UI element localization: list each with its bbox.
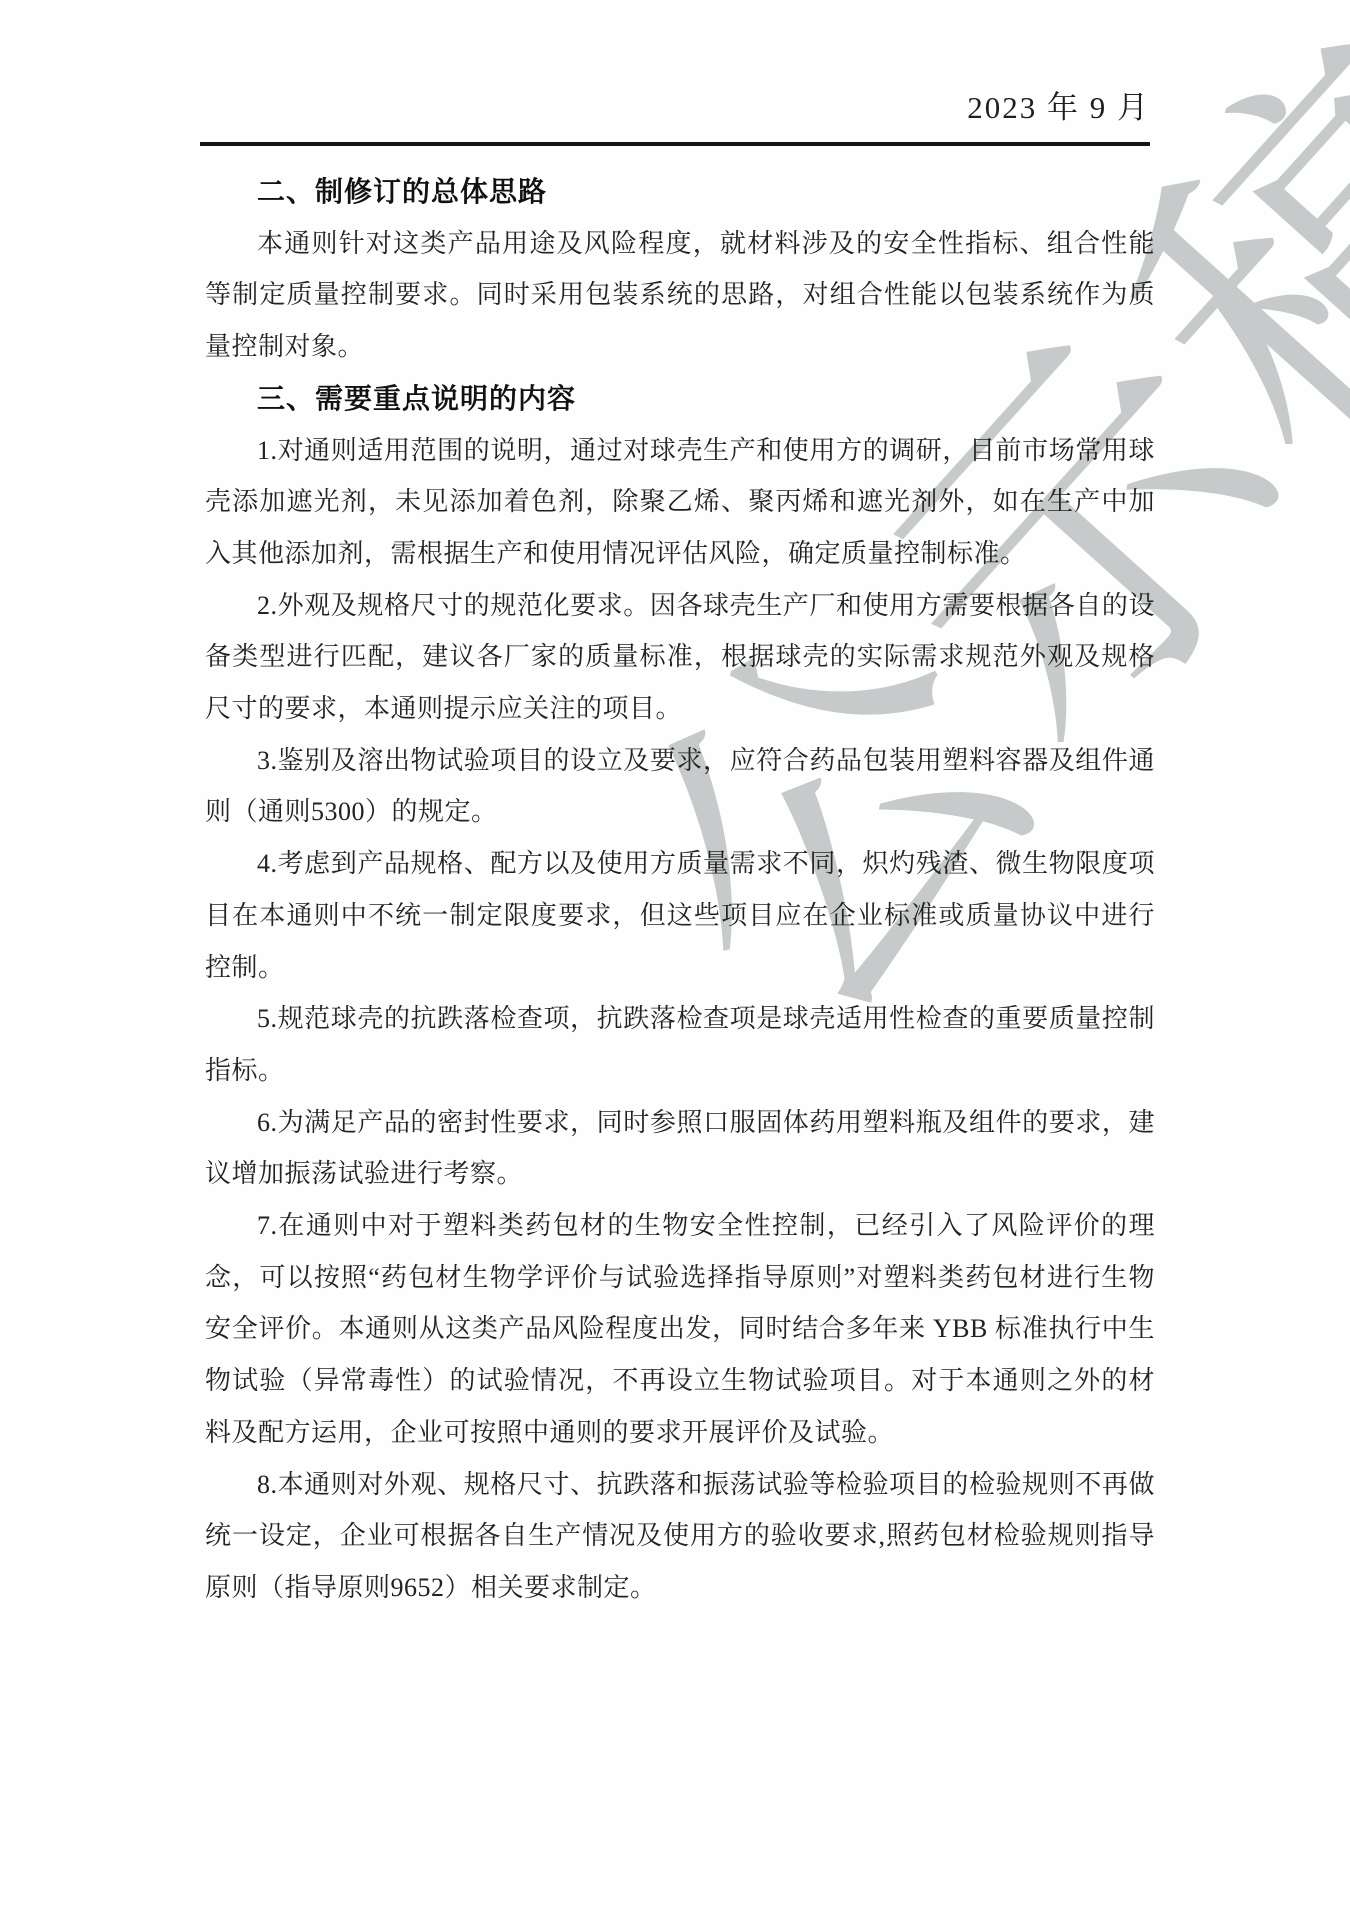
section-overall-approach: 二、制修订的总体思路 本通则针对这类产品用途及风险程度，就材料涉及的安全性指标、… xyxy=(205,166,1155,373)
paragraph: 6.为满足产品的密封性要求，同时参照口服固体药用塑料瓶及组件的要求，建议增加振荡… xyxy=(205,1097,1155,1200)
section-key-points: 三、需要重点说明的内容 1.对通则适用范围的说明，通过对球壳生产和使用方的调研，… xyxy=(205,373,1155,1614)
section-heading: 二、制修订的总体思路 xyxy=(205,166,1155,218)
paragraph: 7.在通则中对于塑料类药包材的生物安全性控制，已经引入了风险评价的理念，可以按照… xyxy=(205,1200,1155,1459)
paragraph: 4.考虑到产品规格、配方以及使用方质量需求不同，炽灼残渣、微生物限度项目在本通则… xyxy=(205,838,1155,993)
document-body: 二、制修订的总体思路 本通则针对这类产品用途及风险程度，就材料涉及的安全性指标、… xyxy=(205,166,1155,1614)
header-date: 2023 年 9 月 xyxy=(967,82,1150,127)
header-divider-line xyxy=(200,142,1150,146)
paragraph: 5.规范球壳的抗跌落检查项，抗跌落检查项是球壳适用性检查的重要质量控制指标。 xyxy=(205,993,1155,1096)
paragraph: 8.本通则对外观、规格尺寸、抗跌落和振荡试验等检验项目的检验规则不再做统一设定，… xyxy=(205,1459,1155,1614)
paragraph: 3.鉴别及溶出物试验项目的设立及要求，应符合药品包装用塑料容器及组件通则（通则5… xyxy=(205,735,1155,838)
paragraph: 2.外观及规格尺寸的规范化要求。因各球壳生产厂和使用方需要根据各自的设备类型进行… xyxy=(205,580,1155,735)
section-heading: 三、需要重点说明的内容 xyxy=(205,373,1155,425)
document-page: 公示稿 2023 年 9 月 二、制修订的总体思路 本通则针对这类产品用途及风险… xyxy=(0,0,1350,1909)
paragraph: 1.对通则适用范围的说明，通过对球壳生产和使用方的调研，目前市场常用球壳添加遮光… xyxy=(205,425,1155,580)
paragraph: 本通则针对这类产品用途及风险程度，就材料涉及的安全性指标、组合性能等制定质量控制… xyxy=(205,218,1155,373)
